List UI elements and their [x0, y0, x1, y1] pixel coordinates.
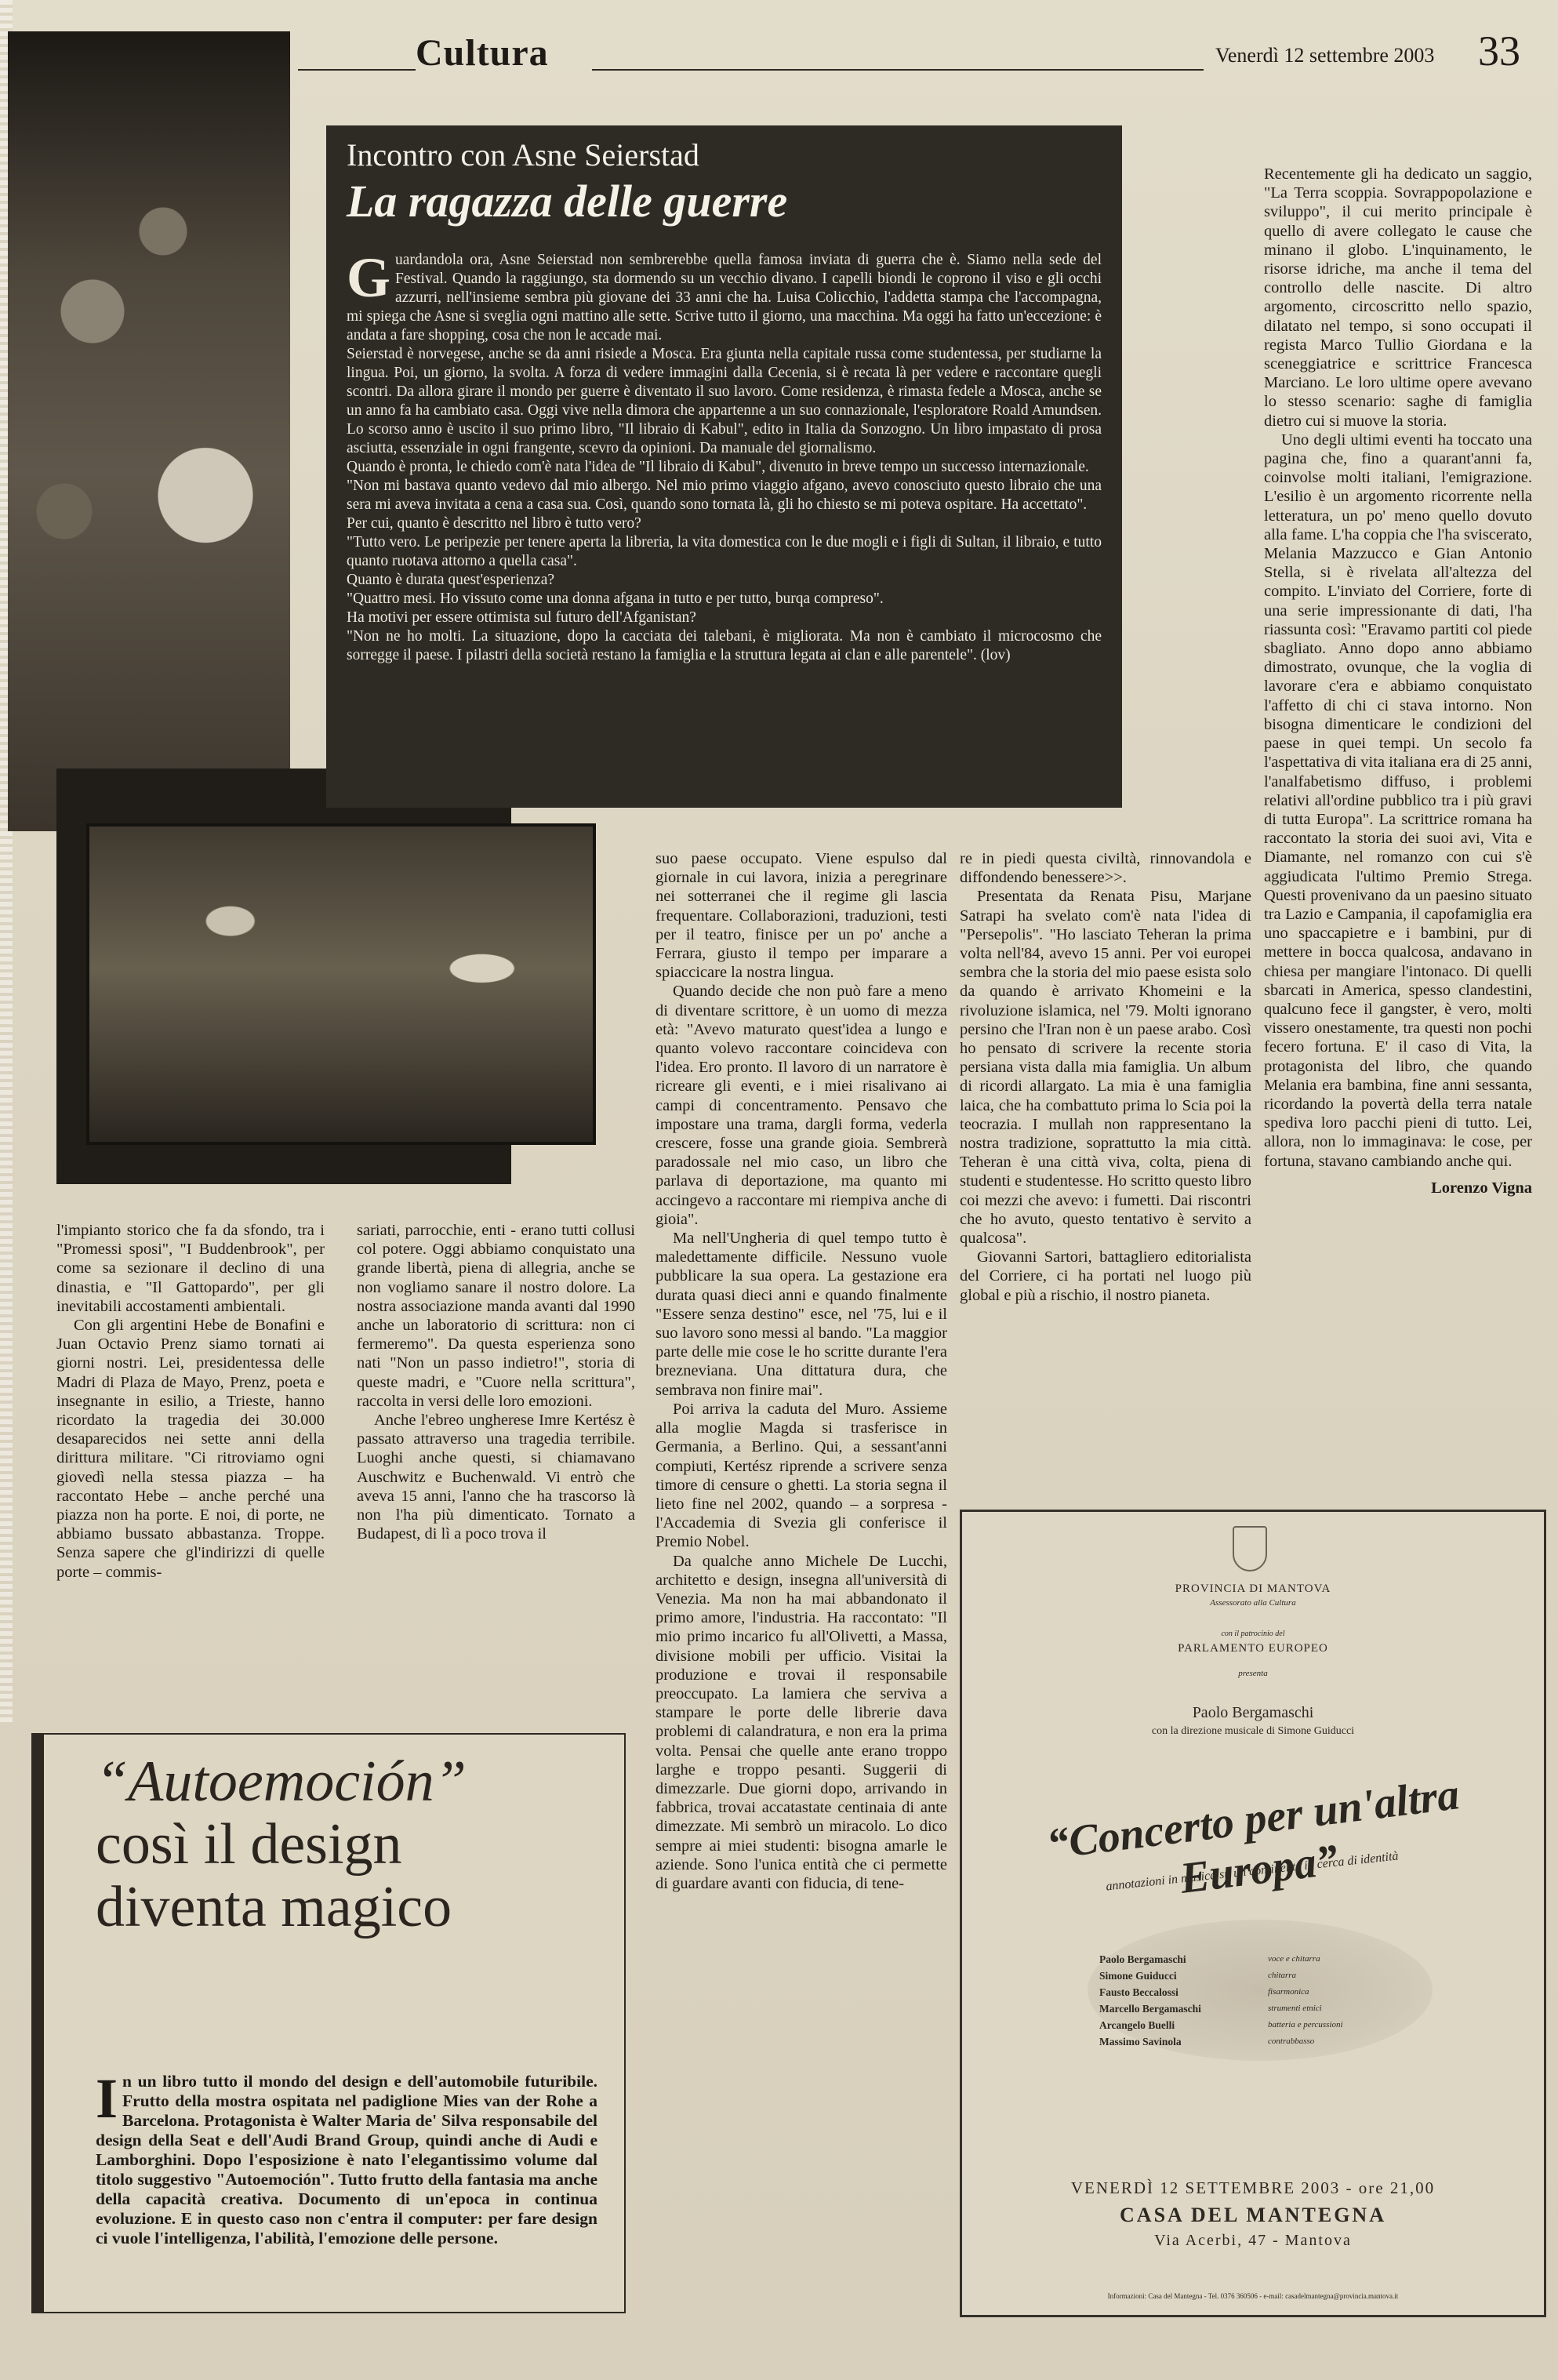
cast-row: Massimo Savinolacontrabbasso [1099, 2033, 1436, 2050]
article-column-3: suo paese occupato. Viene espulso dal gi… [656, 849, 947, 1893]
feature-title: La ragazza delle guerre [347, 175, 1109, 227]
ad-presents: presenta [962, 1669, 1544, 1678]
drop-cap: G [347, 254, 390, 301]
page-number: 33 [1478, 27, 1520, 75]
ad-department: Assessorato alla Cultura [962, 1598, 1544, 1608]
newspaper-page: Cultura Venerdì 12 settembre 2003 33 Inc… [0, 0, 1558, 2380]
ad-venue: CASA DEL MANTEGNA [962, 2204, 1544, 2227]
ad-address: Via Acerbi, 47 - Mantova [962, 2232, 1544, 2250]
ad-province: PROVINCIA DI MANTOVA [962, 1582, 1544, 1596]
cast-row: Paolo Bergamaschivoce e chitarra [1099, 1951, 1436, 1968]
concert-performers-photo [86, 823, 596, 1145]
cast-row: Marcello Bergamaschistrumenti etnici [1099, 2000, 1436, 2017]
issue-date: Venerdì 12 settembre 2003 [1215, 44, 1434, 67]
page-header: Cultura Venerdì 12 settembre 2003 33 [298, 24, 1553, 78]
cast-row: Arcangelo Buellibatteria e percussioni [1099, 2017, 1436, 2033]
ad-concert-title: “Concerto per un'altra Europa” [997, 1764, 1516, 1925]
province-crest-icon [1233, 1526, 1267, 1572]
ad-parliament: PARLAMENTO EUROPEO [962, 1642, 1544, 1655]
ad-cast-list: Paolo Bergamaschivoce e chitarra Simone … [1099, 1951, 1436, 2050]
author-signature: Lorenzo Vigna [1264, 1179, 1532, 1197]
festival-crowd-photo [8, 31, 290, 831]
concert-advertisement: PROVINCIA DI MANTOVA Assessorato alla Cu… [960, 1510, 1546, 2317]
article-column-2: sariati, parrocchie, enti - erano tutti … [357, 1221, 635, 1543]
article-column-5: Recentemente gli ha dedicato un saggio, … [1264, 165, 1532, 1197]
cast-row: Fausto Beccalossifisarmonica [1099, 1984, 1436, 2000]
ad-direction: con la direzione musicale di Simone Guid… [962, 1725, 1544, 1738]
header-rule [298, 69, 416, 71]
ad-datetime: VENERDÌ 12 SETTEMBRE 2003 - ore 21,00 [962, 2178, 1544, 2198]
ad-patronage: con il patrocinio del [962, 1630, 1544, 1638]
article-column-4: re in piedi questa civiltà, rinnovandola… [960, 849, 1251, 1305]
feature-kicker: Incontro con Asne Seierstad [347, 136, 1109, 173]
header-rule [592, 69, 1204, 71]
ad-contact-info: Informazioni: Casa del Mantegna - Tel. 0… [962, 2292, 1544, 2300]
section-title: Cultura [416, 31, 549, 74]
feature-body: Guardandola ora, Asne Seierstad non semb… [339, 251, 1109, 665]
box-side-bar [33, 1735, 44, 2312]
article-column-1: l'impianto storico che fa da sfondo, tra… [56, 1221, 325, 1582]
ad-performer: Paolo Bergamaschi [962, 1704, 1544, 1722]
interview-feature-box: Incontro con Asne Seierstad La ragazza d… [326, 125, 1122, 808]
drop-cap: I [96, 2075, 118, 2122]
autoemocion-lead: In un libro tutto il mondo del design e … [96, 2072, 597, 2248]
autoemocion-box: “Autoemoción” così il design diventa mag… [31, 1733, 626, 2313]
cast-row: Simone Guiduccichitarra [1099, 1968, 1436, 1984]
autoemocion-headline: “Autoemoción” così il design diventa mag… [96, 1750, 467, 1939]
